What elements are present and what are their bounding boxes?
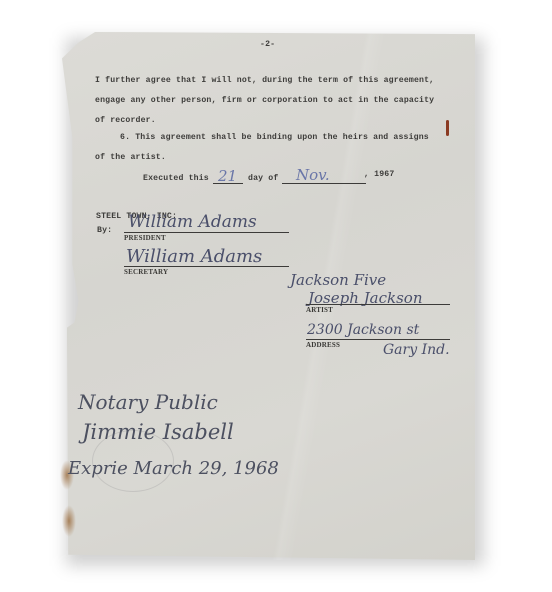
day-underline xyxy=(213,183,243,184)
paragraph-line: of recorder. xyxy=(95,116,156,125)
execution-month: Nov. xyxy=(296,166,330,184)
notary-name: Jimmie Isabell xyxy=(82,420,234,444)
page-number: -2- xyxy=(260,40,275,49)
ink-mark xyxy=(446,120,449,136)
secretary-label: SECRETARY xyxy=(124,268,168,276)
execution-year: , 1967 xyxy=(364,170,394,179)
by-label: By: xyxy=(97,226,112,235)
artist-label: ARTIST xyxy=(306,306,333,314)
artist-signature-group: Jackson Five xyxy=(290,271,386,289)
secretary-signature: William Adams xyxy=(126,246,262,267)
president-label: PRESIDENT xyxy=(124,234,166,242)
address-line1: 2300 Jackson st xyxy=(307,322,419,338)
month-underline xyxy=(282,183,366,184)
executed-prefix: Executed this xyxy=(143,174,209,183)
paragraph-line: of the artist. xyxy=(95,153,166,162)
paragraph-line: I further agree that I will not, during … xyxy=(95,76,434,85)
president-signature: William Adams xyxy=(128,212,257,232)
address-line2: Gary Ind. xyxy=(383,342,450,358)
stain xyxy=(62,505,76,537)
address-label: ADDRESS xyxy=(306,341,340,349)
notary-expiry: Exprie March 29, 1968 xyxy=(68,458,279,479)
executed-middle: day of xyxy=(248,174,278,183)
paragraph-line: 6. This agreement shall be binding upon … xyxy=(120,133,429,142)
notary-title: Notary Public xyxy=(78,390,218,414)
paragraph-line: engage any other person, firm or corpora… xyxy=(95,96,434,105)
